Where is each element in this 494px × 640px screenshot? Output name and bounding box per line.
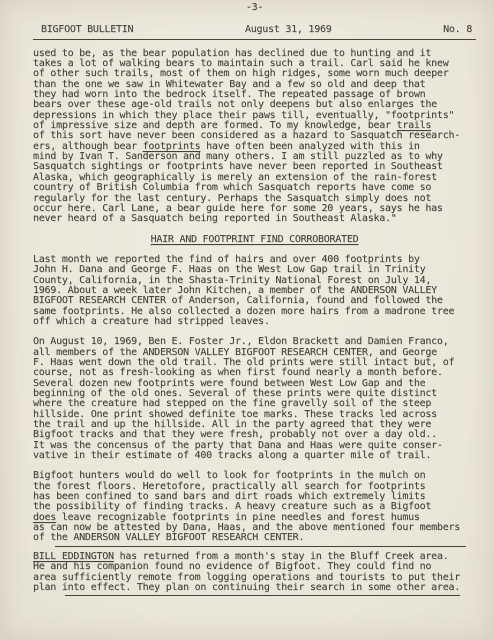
scanned-newsletter-page: -3- BIGFOOT BULLETIN August 31, 1969 No.… bbox=[0, 0, 494, 640]
paragraph-bigfoot-hunters-advice: Bigfoot hunters would do well to look fo… bbox=[33, 471, 476, 543]
bulletin-header: BIGFOOT BULLETIN August 31, 1969 No. 8 bbox=[33, 25, 476, 39]
paragraph-august-10-expedition: On August 10, 1969, Ben E. Foster Jr., E… bbox=[33, 337, 476, 461]
paragraph-hair-footprint-find: Last month we reported the find of hairs… bbox=[33, 255, 476, 327]
separator-rule bbox=[55, 546, 466, 547]
bottom-separator-rule bbox=[65, 595, 460, 596]
bulletin-issue-number: No. 8 bbox=[443, 25, 472, 35]
paragraph-bill-eddington: BILL EDDINGTON has returned from a month… bbox=[33, 552, 476, 593]
page-number: -3- bbox=[33, 3, 476, 13]
bulletin-title: BIGFOOT BULLETIN bbox=[41, 25, 133, 35]
section-heading: HAIR AND FOOTPRINT FIND CORROBORATED bbox=[33, 235, 476, 245]
paragraph-bear-trails-continuation: used to be, as the bear population has d… bbox=[33, 49, 476, 225]
section-heading-text: HAIR AND FOOTPRINT FIND CORROBORATED bbox=[151, 234, 359, 245]
bulletin-date: August 31, 1969 bbox=[245, 25, 332, 35]
